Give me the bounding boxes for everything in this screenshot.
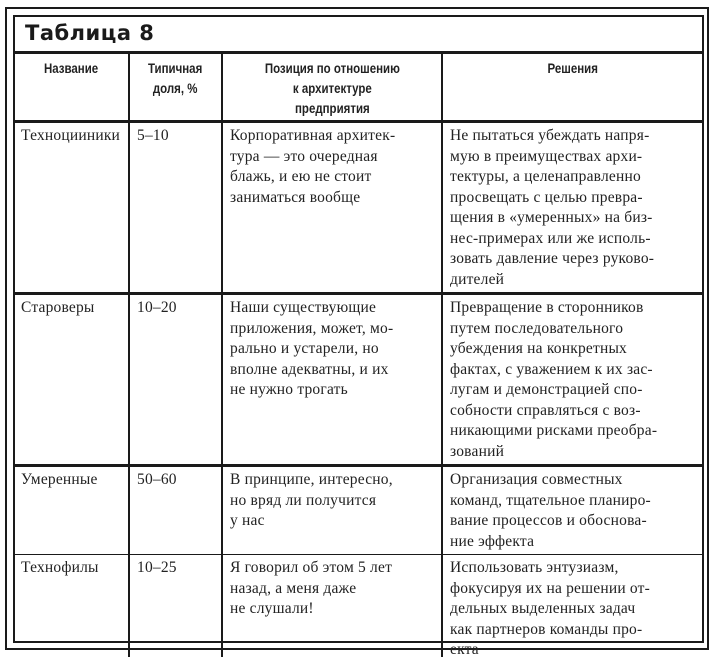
header-share: Типичная доля, %	[129, 54, 222, 122]
cell-decision: Организация совместных команд, тщательно…	[442, 466, 702, 555]
table-row: Технофилы 10–25 Я говорил об этом 5 лет …	[15, 555, 702, 657]
header-name-text: Название	[44, 58, 98, 78]
cell-share: 10–25	[129, 555, 222, 657]
header-row: Название Типичная доля, % Позиция по отн…	[15, 54, 702, 122]
cell-position: Корпоративная архитек- тура — это очеред…	[222, 122, 442, 294]
cell-share: 5–10	[129, 122, 222, 294]
cell-name: Староверы	[15, 294, 129, 466]
cell-name: Технофилы	[15, 555, 129, 657]
cell-decision: Использовать энтузиазм, фокусируя их на …	[442, 555, 702, 657]
table-row: Староверы 10–20 Наши существующие прилож…	[15, 294, 702, 466]
cell-share: 50–60	[129, 466, 222, 555]
header-decisions-text: Решения	[547, 58, 597, 78]
header-share-text: Типичная доля, %	[148, 58, 202, 98]
table-row: Техноцииники 5–10 Корпоративная архитек-…	[15, 122, 702, 294]
title-bar: Таблица 8	[15, 17, 702, 54]
header-decisions: Решения	[442, 54, 702, 122]
table-row: Умеренные 50–60 В принципе, интересно, н…	[15, 466, 702, 555]
cell-name: Техноцииники	[15, 122, 129, 294]
header-position: Позиция по отношению к архитектуре предп…	[222, 54, 442, 122]
data-table: Название Типичная доля, % Позиция по отн…	[15, 54, 702, 657]
cell-position: Я говорил об этом 5 лет назад, а меня да…	[222, 555, 442, 657]
header-position-text: Позиция по отношению к архитектуре предп…	[264, 58, 399, 118]
table-title: Таблица 8	[25, 21, 154, 45]
cell-name: Умеренные	[15, 466, 129, 555]
header-name: Название	[15, 54, 129, 122]
cell-decision: Не пытаться убеждать напря- мую в преиму…	[442, 122, 702, 294]
cell-position: В принципе, интересно, но вряд ли получи…	[222, 466, 442, 555]
cell-decision: Превращение в сторонников путем последов…	[442, 294, 702, 466]
table-frame: Таблица 8 Название Типичная доля, % Пози…	[13, 15, 704, 643]
cell-position: Наши существующие приложения, может, мо-…	[222, 294, 442, 466]
cell-share: 10–20	[129, 294, 222, 466]
